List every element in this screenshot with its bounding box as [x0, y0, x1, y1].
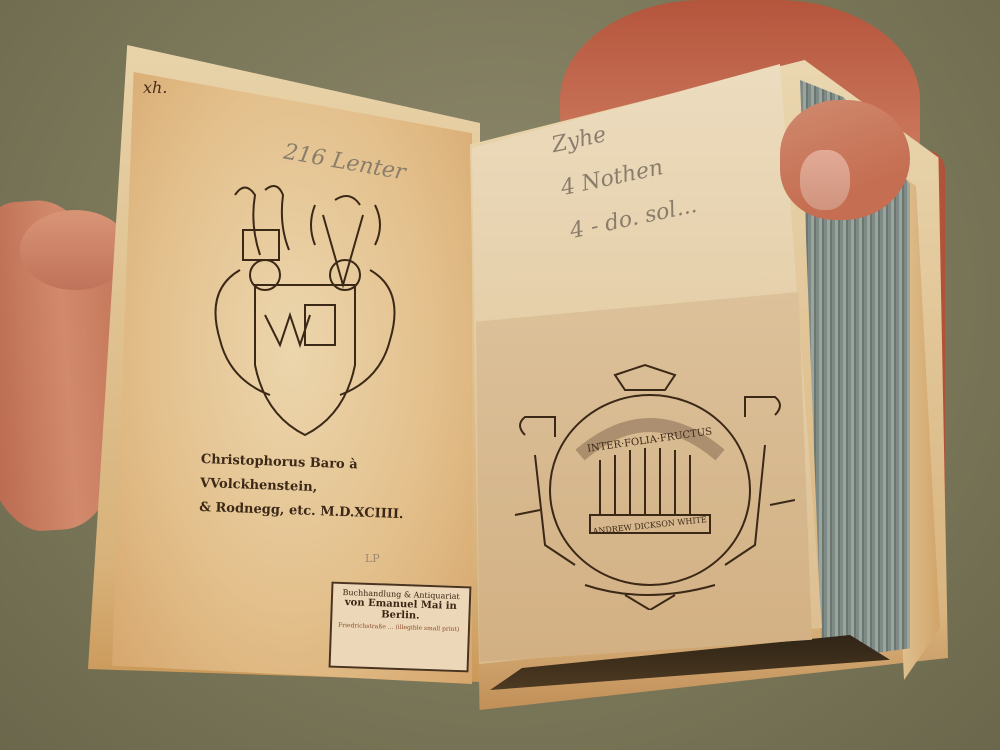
bookplate-caption: Christophorus Baro à VVolckhenstein, & R…	[199, 448, 431, 528]
thumbnail	[800, 150, 850, 210]
faint-mark: LP	[365, 552, 380, 565]
coat-of-arms-icon	[205, 175, 405, 455]
pencil-notes-right: Zyhe 4 Nothen 4 - do. sol...	[548, 98, 702, 254]
caption-line-1: Christophorus Baro à VVolckhenstein,	[200, 448, 432, 504]
ex-libris-bookplate: INTER·FOLIA·FRUCTUS ANDREW DICKSON WHITE	[505, 355, 795, 610]
corner-mark: xh.	[143, 78, 167, 97]
dealer-label: Buchhandlung & Antiquariat von Emanuel M…	[329, 582, 472, 673]
